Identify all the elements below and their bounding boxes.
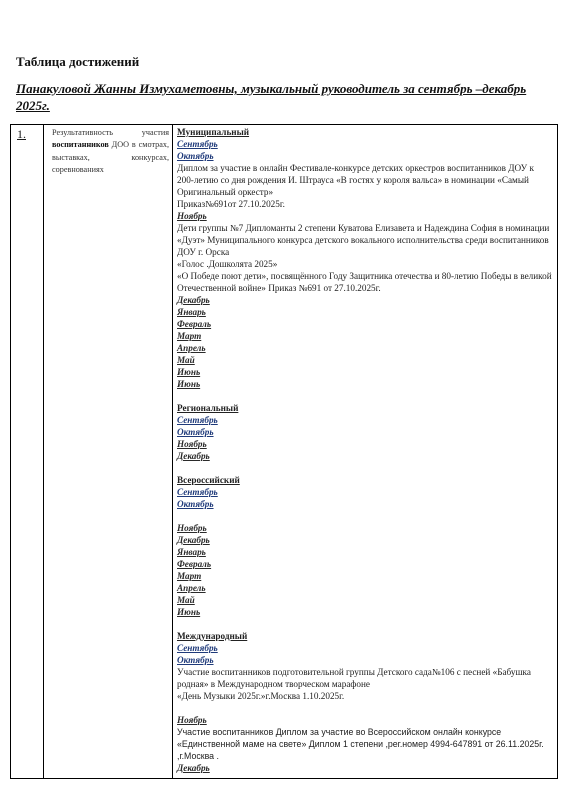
level-regional: Региональный [177, 402, 553, 414]
month-link[interactable]: Сентябрь [177, 642, 553, 654]
table-row: 1. Результативность участия воспитаннико… [11, 125, 558, 779]
achievements-table: 1. Результативность участия воспитаннико… [10, 124, 558, 779]
document-subtitle: Панакуловой Жанны Измухаметовны, музыкал… [16, 80, 556, 114]
month-label: Декабрь [177, 762, 553, 774]
month-label: Май [177, 594, 553, 606]
achievement-text: Дети группы №7 Дипломанты 2 степени Кува… [177, 222, 553, 258]
month-link[interactable]: Сентябрь [177, 414, 553, 426]
month-link[interactable]: Октябрь [177, 426, 553, 438]
month-label: Ноябрь [177, 522, 553, 534]
level-international: Международный [177, 630, 553, 642]
month-link[interactable]: Сентябрь [177, 138, 553, 150]
month-label: Февраль [177, 558, 553, 570]
month-label: Декабрь [177, 294, 553, 306]
level-municipal: Муниципальный [177, 126, 553, 138]
achievement-text: «Голос .Дошколята 2025» [177, 258, 553, 270]
order-text: Приказ№691от 27.10.2025г. [177, 198, 553, 210]
month-link[interactable]: Октябрь [177, 150, 553, 162]
month-link[interactable]: Октябрь [177, 498, 553, 510]
achievement-text: Участие воспитанников Диплом за участие … [177, 726, 553, 762]
criterion-text: Результативность участия воспитанников Д… [44, 125, 172, 176]
month-label: Январь [177, 546, 553, 558]
month-label: Январь [177, 306, 553, 318]
achievement-text: «День Музыки 2025г.»г.Москва 1.10.2025г. [177, 690, 553, 702]
document-title: Таблица достижений [16, 54, 139, 70]
achievement-text: «О Победе поют дети», посвящённого Году … [177, 270, 553, 294]
month-label: Декабрь [177, 534, 553, 546]
row-number-cell: 1. [11, 125, 44, 779]
achievement-text: Диплом за участие в онлайн Фестивале-кон… [177, 162, 553, 198]
content-cell: Муниципальный Сентябрь Октябрь Диплом за… [173, 125, 558, 779]
level-all-russian: Всероссийский [177, 474, 553, 486]
month-label: Июнь [177, 606, 553, 618]
month-label: Февраль [177, 318, 553, 330]
month-label: Апрель [177, 342, 553, 354]
row-number: 1. [11, 125, 43, 142]
month-label: Ноябрь [177, 210, 553, 222]
month-link[interactable]: Сентябрь [177, 486, 553, 498]
month-label: Июнь [177, 378, 553, 390]
month-label: Ноябрь [177, 438, 553, 450]
month-link[interactable]: Октябрь [177, 654, 553, 666]
month-label: Ноябрь [177, 714, 553, 726]
criterion-prefix: Результативность участия [52, 128, 169, 137]
month-label: Апрель [177, 582, 553, 594]
month-label: Июнь [177, 366, 553, 378]
month-label: Май [177, 354, 553, 366]
month-label: Март [177, 570, 553, 582]
month-label: Март [177, 330, 553, 342]
achievement-text: Участие воспитанников подготовительной г… [177, 666, 553, 690]
criterion-cell: Результативность участия воспитанников Д… [44, 125, 173, 779]
criterion-bold: воспитанников [52, 140, 109, 149]
month-label: Декабрь [177, 450, 553, 462]
